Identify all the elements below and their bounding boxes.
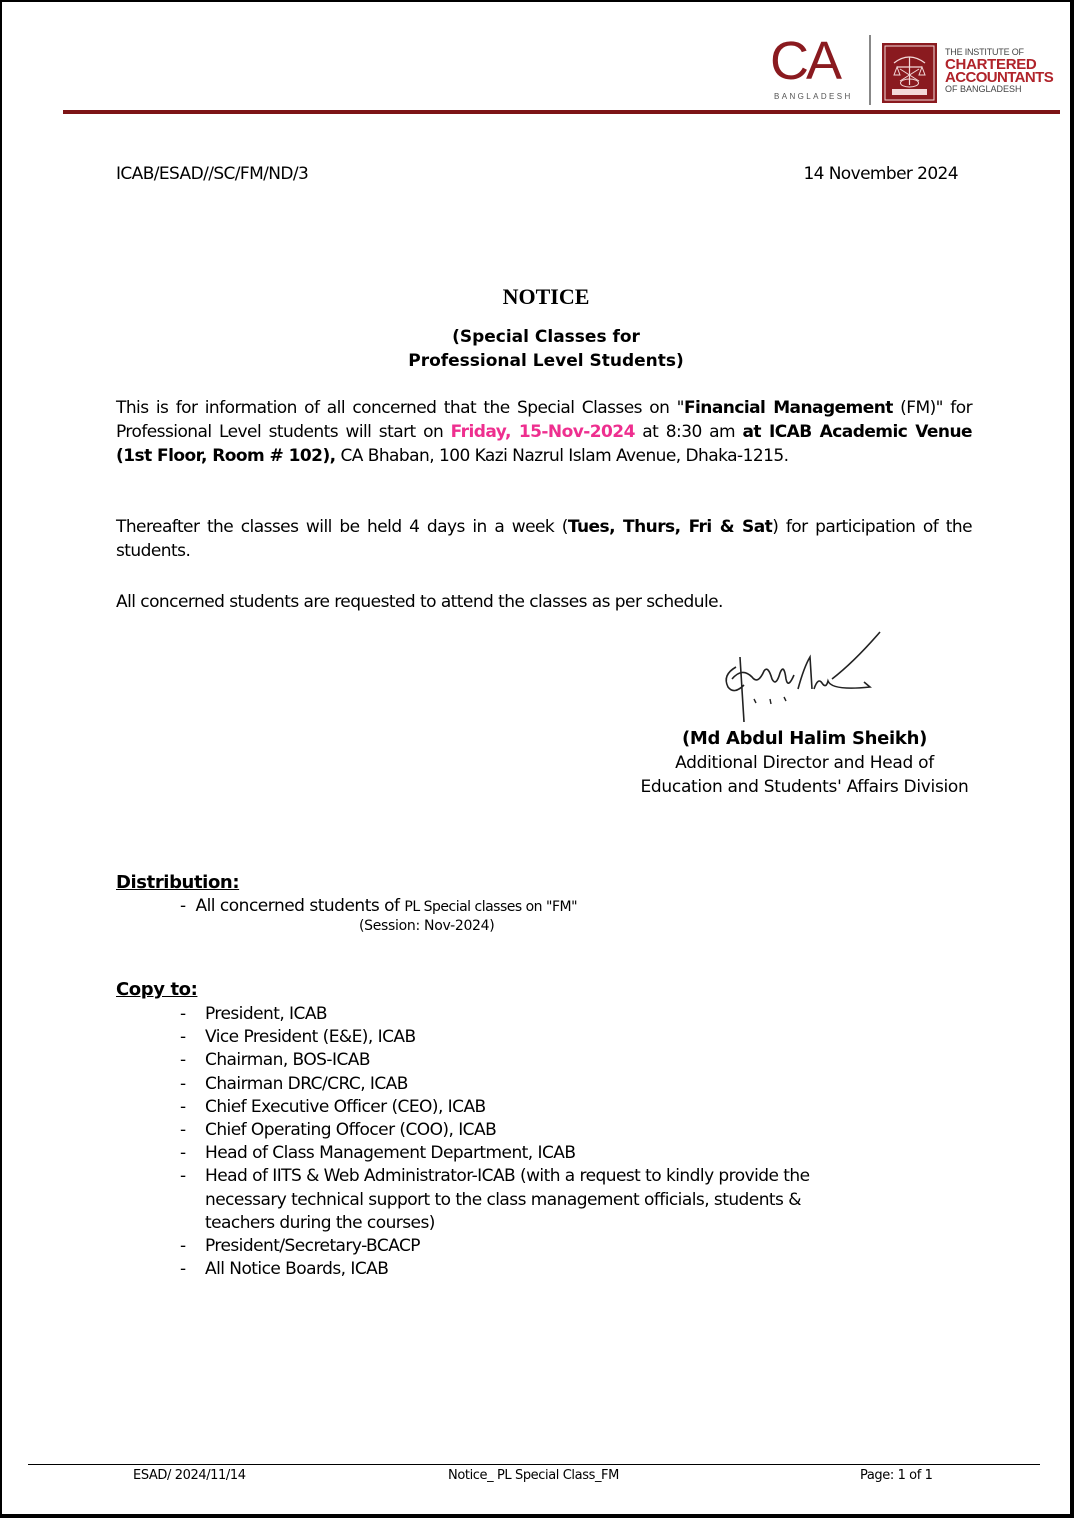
distribution-item-small: PL Special classes on "FM" [404,899,577,915]
signatory-title-line1: Additional Director and Head of [612,751,997,775]
ca-logo-text: CA [770,30,839,92]
p1-text4: CA Bhaban, 100 Kazi Nazrul Islam Avenue,… [336,446,789,466]
p1-text1: This is for information of all concerned… [116,398,684,418]
institute-line3: ACCOUNTANTS [945,70,1053,85]
notice-date: 14 November 2024 [803,164,958,184]
start-date-highlight: Friday, 15-Nov-2024 [451,422,635,442]
footer-center: Notice_ PL Special Class_FM [448,1468,619,1483]
header-rule [63,110,1060,114]
footer-page-number: Page: 1 of 1 [860,1468,933,1483]
subtitle-line1: (Special Classes for [2,325,1074,349]
list-item: All Notice Boards, ICAB [180,1258,860,1281]
notice-subtitle: (Special Classes for Professional Level … [2,325,1074,373]
distribution-item-main: All concerned students of [195,896,404,916]
p1-text3: at 8:30 am [635,422,743,442]
signatory-title-line2: Education and Students' Affairs Division [612,775,997,799]
body-paragraph-1: This is for information of all concerned… [116,396,972,468]
distribution-item: - All concerned students of PL Special c… [180,896,577,916]
footer-left: ESAD/ 2024/11/14 [133,1468,246,1483]
distribution-session: (Session: Nov-2024) [359,918,494,934]
institute-name: THE INSTITUTE OF CHARTERED ACCOUNTANTS O… [945,48,1053,94]
body-paragraph-3: All concerned students are requested to … [116,590,972,614]
ca-bangladesh-logo: CA BANGLADESH [770,40,862,104]
document-page: CA BANGLADESH THE INSTITUTE OF CHARTERED… [0,0,1074,1518]
body-paragraph-2: Thereafter the classes will be held 4 da… [116,515,972,563]
list-item: President/Secretary-BCACP [180,1235,860,1258]
signature-image [714,627,884,727]
list-item: Head of IITS & Web Administrator-ICAB (w… [180,1165,860,1235]
list-item: Chairman DRC/CRC, ICAB [180,1073,860,1096]
list-item: Chairman, BOS-ICAB [180,1049,860,1072]
list-item: President, ICAB [180,1003,860,1026]
footer-rule [28,1464,1040,1465]
reference-number: ICAB/ESAD//SC/FM/ND/3 [116,164,308,184]
distribution-heading: Distribution: [116,872,239,893]
course-name: Financial Management [684,398,893,418]
list-item: Head of Class Management Department, ICA… [180,1142,860,1165]
ca-logo-subtext: BANGLADESH [774,92,853,101]
page-title: NOTICE [2,284,1074,310]
logo-divider [869,35,871,105]
list-item: Chief Executive Officer (CEO), ICAB [180,1096,860,1119]
copy-to-list: President, ICAB Vice President (E&E), IC… [180,1003,860,1281]
list-item: Chief Operating Offocer (COO), ICAB [180,1119,860,1142]
p2-text1: Thereafter the classes will be held 4 da… [116,517,568,537]
institute-line4: OF BANGLADESH [945,85,1053,94]
class-days: Tues, Thurs, Fri & Sat [568,517,772,537]
subtitle-line2: Professional Level Students) [2,349,1074,373]
copy-to-heading: Copy to: [116,979,197,1000]
list-item: Vice President (E&E), ICAB [180,1026,860,1049]
signatory-name: (Md Abdul Halim Sheikh) [612,727,997,751]
signatory-block: (Md Abdul Halim Sheikh) Additional Direc… [612,727,997,799]
icab-seal-icon [882,43,937,103]
